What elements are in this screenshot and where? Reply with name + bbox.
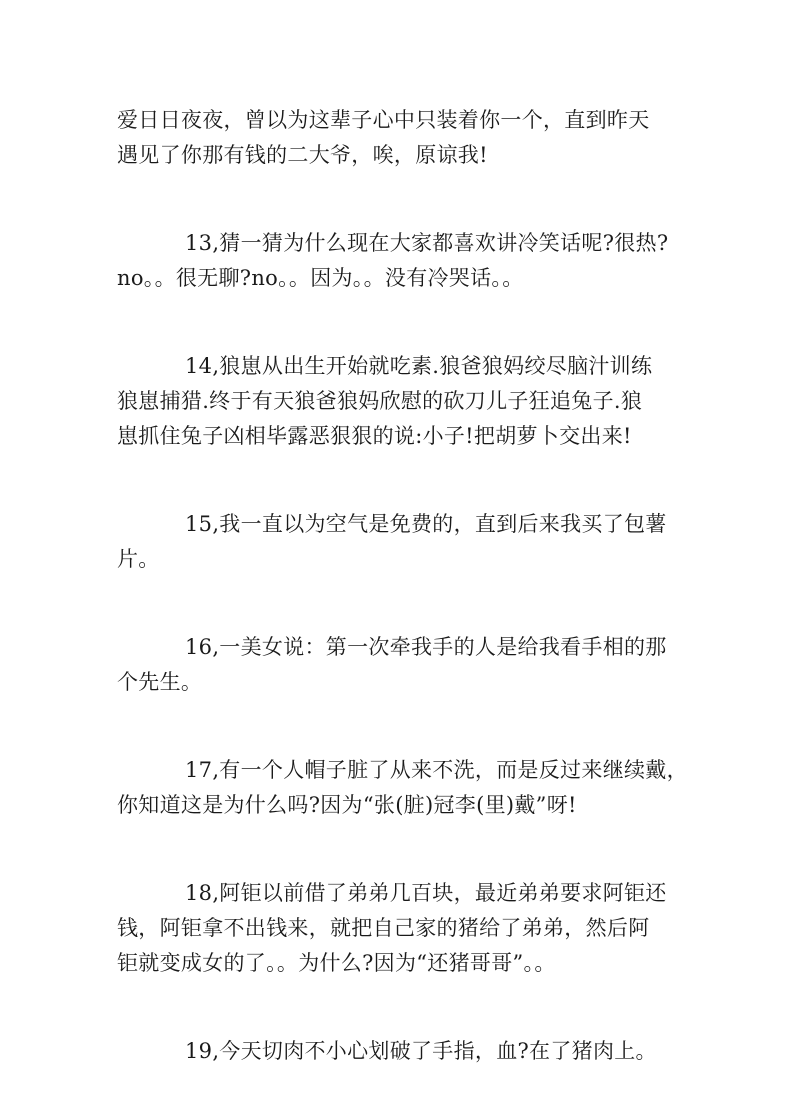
text-line: 遇见了你那有钱的二大爷，唉，原谅我! (117, 138, 662, 173)
paragraph-joke-17: 17,有一个人帽子脏了从来不洗，而是反过来继续戴， 你知道这是为什么吗?因为“张… (117, 753, 662, 823)
paragraph-joke-18: 18,阿钜以前借了弟弟几百块，最近弟弟要求阿钜还 钱，阿钜拿不出钱来，就把自己家… (117, 876, 662, 981)
paragraph-joke-16: 16,一美女说：第一次牵我手的人是给我看手相的那 个先生。 (117, 630, 662, 700)
text-line: 钱，阿钜拿不出钱来，就把自己家的猪给了弟弟，然后阿 (117, 911, 662, 946)
paragraph-joke-14: 14,狼崽从出生开始就吃素.狼爸狼妈绞尽脑汁训练 狼崽捕猎.终于有天狼爸狼妈欣慰… (117, 349, 662, 454)
text-line: 狼崽捕猎.终于有天狼爸狼妈欣慰的砍刀儿子狂追兔子.狼 (117, 384, 662, 419)
text-line: no。。很无聊?no。。因为。。没有冷哭话。。 (117, 261, 662, 296)
text-line: 崽抓住兔子凶相毕露恶狠狠的说:小子!把胡萝卜交出来! (117, 419, 662, 454)
text-line: 15,我一直以为空气是免费的，直到后来我买了包薯 (117, 507, 662, 542)
text-line: 14,狼崽从出生开始就吃素.狼爸狼妈绞尽脑汁训练 (117, 349, 662, 384)
text-line: 19,今天切肉不小心划破了手指，血?在了猪肉上。 (117, 1034, 662, 1069)
paragraph-joke-15: 15,我一直以为空气是免费的，直到后来我买了包薯 片。 (117, 507, 662, 577)
text-line: 片。 (117, 542, 662, 577)
text-line: 钜就变成女的了。。为什么?因为“还猪哥哥”。。 (117, 946, 662, 981)
text-line: 16,一美女说：第一次牵我手的人是给我看手相的那 (117, 630, 662, 665)
paragraph-joke-19: 19,今天切肉不小心划破了手指，血?在了猪肉上。 (117, 1034, 662, 1069)
text-line: 你知道这是为什么吗?因为“张(脏)冠李(里)戴”呀! (117, 788, 662, 823)
text-line: 13,猜一猜为什么现在大家都喜欢讲冷笑话呢?很热? (117, 226, 662, 261)
text-line: 17,有一个人帽子脏了从来不洗，而是反过来继续戴， (117, 753, 662, 788)
paragraph-joke-13: 13,猜一猜为什么现在大家都喜欢讲冷笑话呢?很热? no。。很无聊?no。。因为… (117, 226, 662, 296)
document-page: 爱日日夜夜，曾以为这辈子心中只装着你一个，直到昨天 遇见了你那有钱的二大爷，唉，… (117, 103, 662, 1120)
text-line: 个先生。 (117, 665, 662, 700)
text-line: 爱日日夜夜，曾以为这辈子心中只装着你一个，直到昨天 (117, 103, 662, 138)
paragraph-continuation: 爱日日夜夜，曾以为这辈子心中只装着你一个，直到昨天 遇见了你那有钱的二大爷，唉，… (117, 103, 662, 173)
text-line: 18,阿钜以前借了弟弟几百块，最近弟弟要求阿钜还 (117, 876, 662, 911)
